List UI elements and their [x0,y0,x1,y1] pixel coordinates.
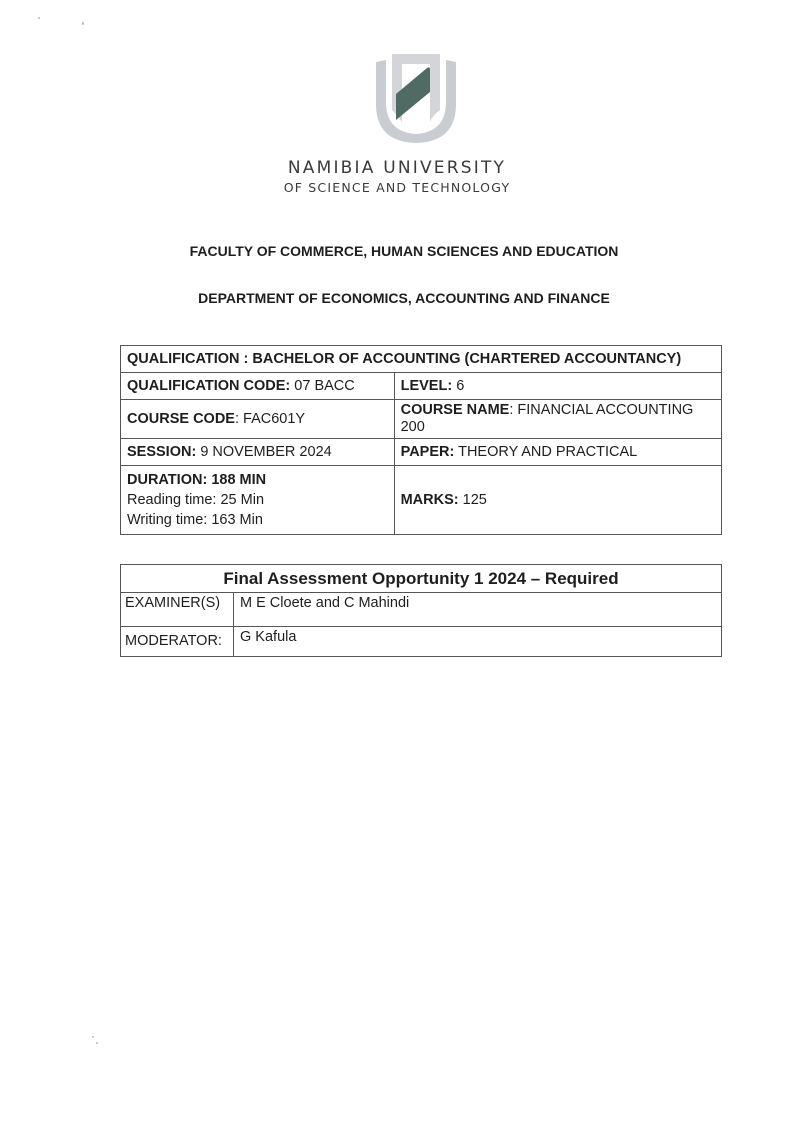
paper-cell: PAPER: THEORY AND PRACTICAL [394,439,721,466]
marks-cell: MARKS: 125 [394,466,721,535]
course-info-table: QUALIFICATION : BACHELOR OF ACCOUNTING (… [120,345,722,535]
level-cell: LEVEL: 6 [394,373,721,400]
qualification-cell: QUALIFICATION : BACHELOR OF ACCOUNTING (… [121,346,722,373]
session-cell: SESSION: 9 NOVEMBER 2024 [121,439,395,466]
course-code-label: COURSE CODE [127,411,235,427]
paper-value: THEORY AND PRACTICAL [458,444,637,460]
paper-label: PAPER: [401,444,455,460]
assessment-table: Final Assessment Opportunity 1 2024 – Re… [120,564,722,657]
course-code-cell: COURSE CODE: FAC601Y [121,400,395,439]
moderator-value: G Kafula [234,627,722,657]
qualification-code-value: 07 BACC [294,378,354,394]
writing-time: Writing time: 163 Min [127,510,388,530]
examiner-label: EXAMINER(S) [121,593,234,627]
examiner-value: M E Cloete and C Mahindi [234,593,722,627]
department-heading: DEPARTMENT OF ECONOMICS, ACCOUNTING AND … [0,290,794,306]
scan-speck [82,22,84,25]
course-name-cell: COURSE NAME: FINANCIAL ACCOUNTING 200 [394,400,721,439]
scan-speck [96,1042,98,1044]
scan-speck [38,17,40,19]
assessment-title: Final Assessment Opportunity 1 2024 – Re… [121,565,722,593]
university-name: NAMIBIA UNIVERSITY [0,158,794,178]
duration-cell: DURATION: 188 MIN Reading time: 25 Min W… [121,466,395,535]
faculty-heading: FACULTY OF COMMERCE, HUMAN SCIENCES AND … [0,243,794,259]
moderator-label: MODERATOR: [121,627,234,657]
course-name-label: COURSE NAME [401,402,510,418]
marks-value: 125 [463,492,487,508]
duration-label: DURATION: [127,472,207,488]
duration-value: 188 MIN [211,472,266,488]
shield-logo-icon [372,52,460,144]
reading-time: Reading time: 25 Min [127,490,388,510]
level-label: LEVEL: [401,378,453,394]
duration-line: DURATION: 188 MIN [127,470,388,490]
qualification-code-cell: QUALIFICATION CODE: 07 BACC [121,373,395,400]
qualification-code-label: QUALIFICATION CODE: [127,378,290,394]
course-code-value: : FAC601Y [235,411,305,427]
university-subtitle: OF SCIENCE AND TECHNOLOGY [0,180,794,195]
session-label: SESSION: [127,444,196,460]
session-value: 9 NOVEMBER 2024 [200,444,331,460]
university-logo [372,52,460,144]
marks-label: MARKS: [401,492,459,508]
level-value: 6 [456,378,464,394]
scan-speck [92,1036,94,1038]
